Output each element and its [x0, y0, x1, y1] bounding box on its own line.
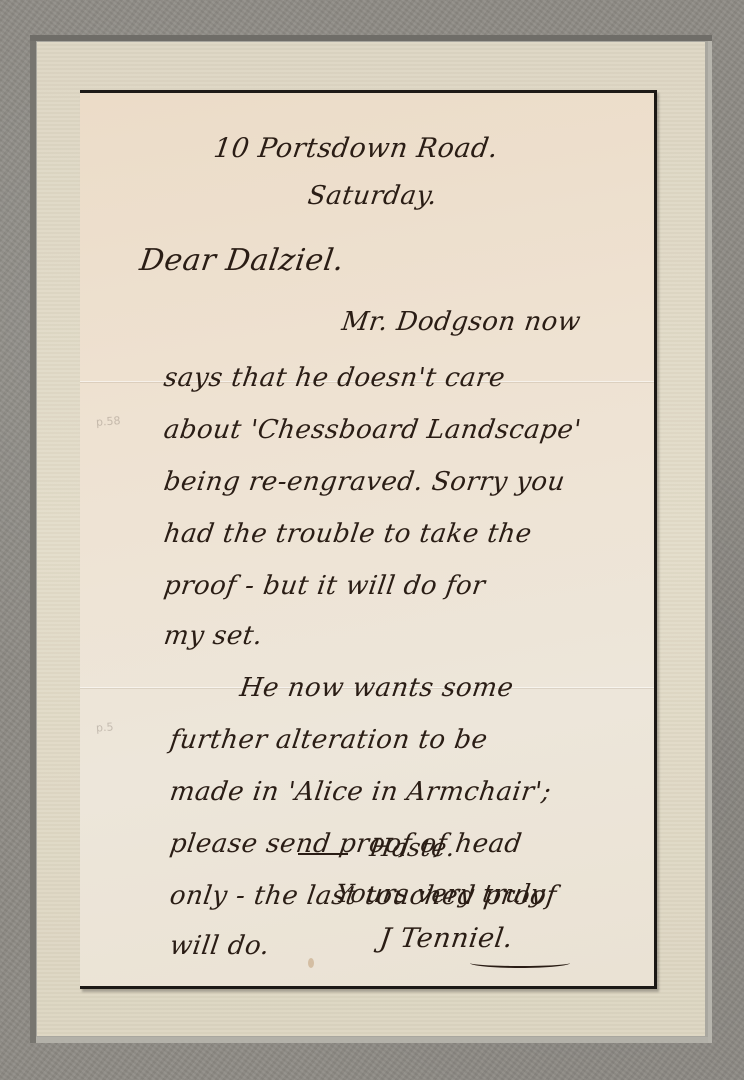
- letter-body-line: had the trouble to take the: [162, 519, 534, 549]
- pencil-margin-note: p.58: [96, 414, 121, 429]
- letter-address: 10 Portsdown Road.: [212, 133, 500, 164]
- signature-flourish: [470, 958, 570, 968]
- letter-body-line: says that he doesn't care: [162, 363, 507, 393]
- letter-body-line: about 'Chessboard Landscape': [162, 415, 583, 445]
- letter-body-line: made in 'Alice in Armchair';: [168, 777, 553, 807]
- letter-body-line: will do.: [168, 931, 272, 961]
- letter-body-line: being re-engraved. Sorry you: [162, 467, 567, 497]
- letter-date: Saturday.: [306, 181, 439, 211]
- letter-postscript: Haste.: [368, 833, 457, 862]
- letter-body-line: He now wants some: [238, 673, 516, 703]
- dash-before-haste: [298, 853, 348, 855]
- pencil-margin-note: p.5: [96, 720, 114, 734]
- letter-body-line: my set.: [162, 621, 265, 651]
- letter-body-line: further alteration to be: [168, 725, 490, 755]
- letter-salutation: Dear Dalziel.: [138, 243, 347, 278]
- letter-body-line: proof - but it will do for: [162, 571, 487, 601]
- letter-signature: J Tenniel.: [378, 923, 515, 954]
- paper-stain: [308, 958, 314, 968]
- handwritten-letter: p.58 p.5 10 Portsdown Road. Saturday. De…: [80, 90, 657, 989]
- letter-body-line: Mr. Dodgson now: [340, 307, 583, 337]
- letter-closing: Yours very truly: [334, 879, 547, 908]
